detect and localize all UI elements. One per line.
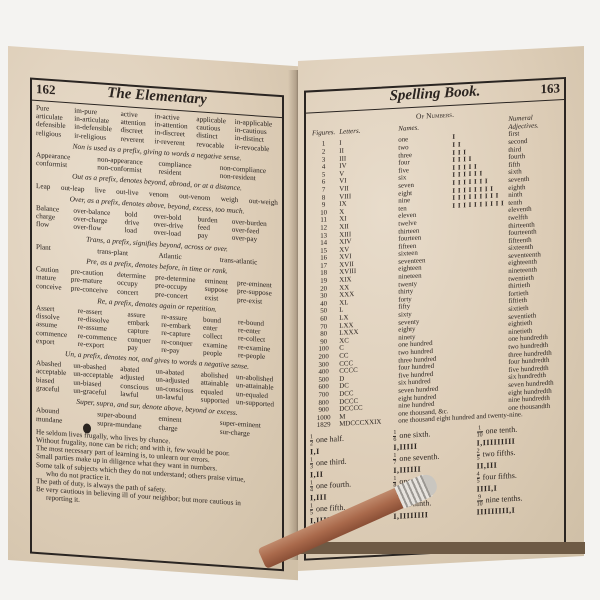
word: revocable — [196, 140, 231, 151]
word: reverent — [121, 134, 152, 144]
word: re-people — [238, 351, 278, 362]
word: over-load — [154, 229, 195, 240]
word: people — [203, 349, 235, 359]
left-page-content: Pureim-pureactivein-activeapplicablein-a… — [32, 101, 282, 522]
word: graceful — [36, 384, 70, 395]
book-bottom-edge — [300, 542, 585, 554]
word: flow — [36, 220, 70, 231]
col-figures: Figures. — [310, 125, 337, 142]
left-page: 162 The Elementary Pureim-pureactivein-a… — [8, 46, 298, 580]
word: un-supported — [236, 398, 278, 409]
word: pay — [198, 232, 229, 242]
numbers-table-body: 1IoneIfirst2IItwoI Isecond3IIIthreeI I I… — [310, 129, 560, 431]
word: pre-exist — [237, 296, 278, 307]
word: venom — [149, 189, 169, 199]
right-page: Spelling Book. 163 Of Numbers. Figures. … — [298, 46, 584, 571]
word: supported — [201, 395, 233, 405]
word: religious — [36, 129, 71, 140]
word: pre-conceive — [71, 284, 114, 295]
open-book: 162 The Elementary Pureim-pureactivein-a… — [0, 0, 600, 600]
word: conceive — [36, 282, 68, 292]
word: re-pay — [161, 346, 200, 357]
left-page-frame: 162 The Elementary Pureim-pureactivein-a… — [30, 78, 284, 572]
word: un-graceful — [73, 386, 117, 397]
word: ir-revocable — [235, 142, 278, 153]
word: ir-reverent — [154, 137, 193, 148]
word: weigh — [221, 194, 239, 203]
word: ir-religious — [74, 131, 117, 142]
proverbs: He seldom lives frugally, who lives by c… — [36, 428, 278, 519]
numbers-table: Figures. Letters. Names. Numeral Adjecti… — [310, 113, 560, 430]
word: out-live — [116, 187, 138, 197]
word: lawful — [120, 390, 152, 400]
word: concert — [117, 287, 152, 298]
ink-blot — [83, 423, 91, 434]
word: Leap — [36, 182, 50, 191]
word: out-leap — [61, 183, 85, 193]
word: pay — [128, 343, 159, 353]
word: live — [95, 186, 106, 195]
word: exist — [205, 293, 234, 303]
right-page-content: Of Numbers. Figures. Letters. Names. Num… — [306, 100, 564, 529]
word: out-weigh — [249, 196, 278, 206]
word: export — [36, 337, 75, 348]
word: Plant — [36, 243, 94, 255]
word: load — [125, 227, 151, 237]
word: un-lawful — [156, 392, 198, 403]
word: out-venom — [179, 192, 210, 202]
word: trans-atlantic — [220, 256, 278, 268]
page-number: 163 — [541, 80, 561, 97]
